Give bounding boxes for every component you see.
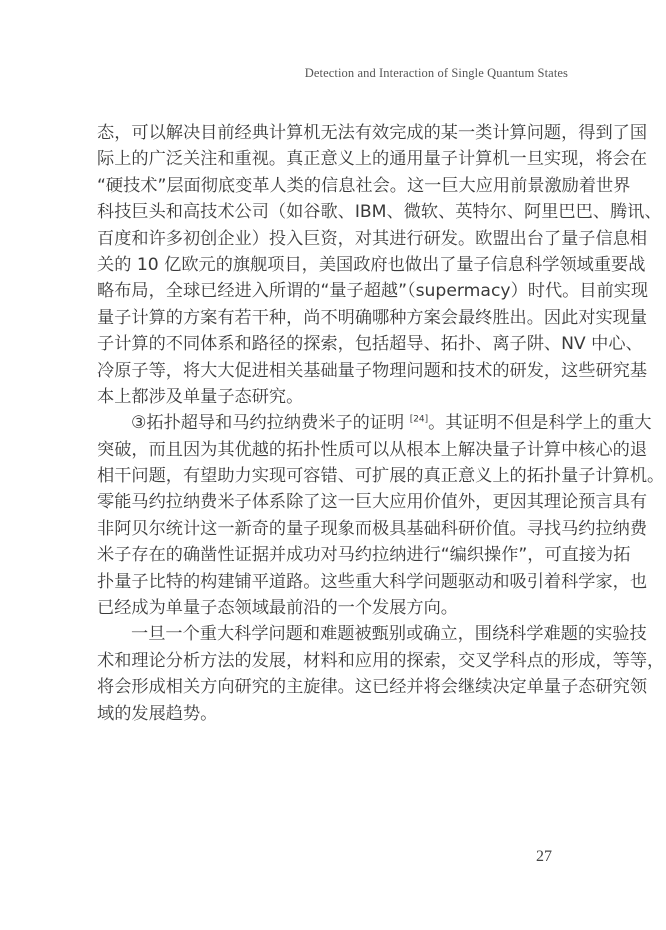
- text-line: 域的发展趋势。: [97, 701, 567, 727]
- paragraph-first-line: ③拓扑超导和马约拉纳费米子的证明 [24]。其证明不但是科学上的重大: [97, 410, 567, 436]
- text-line: 相干问题，有望助力实现可容错、可扩展的真正意义上的拓扑量子计算机。: [97, 463, 567, 489]
- running-header: Detection and Interaction of Single Quan…: [305, 66, 568, 81]
- text-segment: 。其证明不但是科学上的重大: [428, 413, 651, 433]
- paragraph-first-line: 一旦一个重大科学问题和难题被甄别或确立，围绕科学难题的实验技: [97, 621, 567, 647]
- text-line: 百度和许多初创企业）投入巨资，对其进行研发。欧盟出台了量子信息相: [97, 226, 567, 252]
- text-line: “硬技术”层面彻底变革人类的信息社会。这一巨大应用前景激励着世界: [97, 173, 567, 199]
- body-text: 态，可以解决目前经典计算机无法有效完成的某一类计算问题，得到了国 际上的广泛关注…: [97, 120, 567, 727]
- text-line: 本上都涉及单量子态研究。: [97, 384, 567, 410]
- text-line: 米子存在的确凿性证据并成功对马约拉纳进行“编织操作”，可直接为拓: [97, 542, 567, 568]
- text-line: 略布局，全球已经进入所谓的“量子超越”（supermacy）时代。目前实现: [97, 278, 567, 304]
- text-line: 量子计算的方案有若干种，尚不明确哪种方案会最终胜出。因此对实现量: [97, 305, 567, 331]
- text-line: 科技巨头和高技术公司（如谷歌、IBM、微软、英特尔、阿里巴巴、腾讯、: [97, 199, 567, 225]
- text-line: 术和理论分析方法的发展，材料和应用的探索，交叉学科点的形成，等等，: [97, 648, 567, 674]
- heading-text: ③拓扑超导和马约拉纳费米子的证明: [131, 413, 410, 433]
- text-line: 子计算的不同体系和路径的探索，包括超导、拓扑、离子阱、NV 中心、: [97, 331, 567, 357]
- text-line: 突破，而且因为其优越的拓扑性质可以从根本上解决量子计算中核心的退: [97, 437, 567, 463]
- text-line: 关的 10 亿欧元的旗舰项目，美国政府也做出了量子信息科学领域重要战: [97, 252, 567, 278]
- citation: [24]: [410, 415, 428, 425]
- text-line: 非阿贝尔统计这一新奇的量子现象而极具基础科研价值。寻找马约拉纳费: [97, 516, 567, 542]
- text-line: 冷原子等，将大大促进相关基础量子物理问题和技术的研发，这些研究基: [97, 358, 567, 384]
- text-line: 零能马约拉纳费米子体系除了这一巨大应用价值外，更因其理论预言具有: [97, 489, 567, 515]
- text-line: 际上的广泛关注和重视。真正意义上的通用量子计算机一旦实现，将会在: [97, 146, 567, 172]
- page-number: 27: [536, 848, 552, 866]
- text-line: 已经成为单量子态领域最前沿的一个发展方向。: [97, 595, 567, 621]
- text-line: 态，可以解决目前经典计算机无法有效完成的某一类计算问题，得到了国: [97, 120, 567, 146]
- text-line: 扑量子比特的构建铺平道路。这些重大科学问题驱动和吸引着科学家，也: [97, 569, 567, 595]
- text-line: 将会形成相关方向研究的主旋律。这已经并将会继续决定单量子态研究领: [97, 674, 567, 700]
